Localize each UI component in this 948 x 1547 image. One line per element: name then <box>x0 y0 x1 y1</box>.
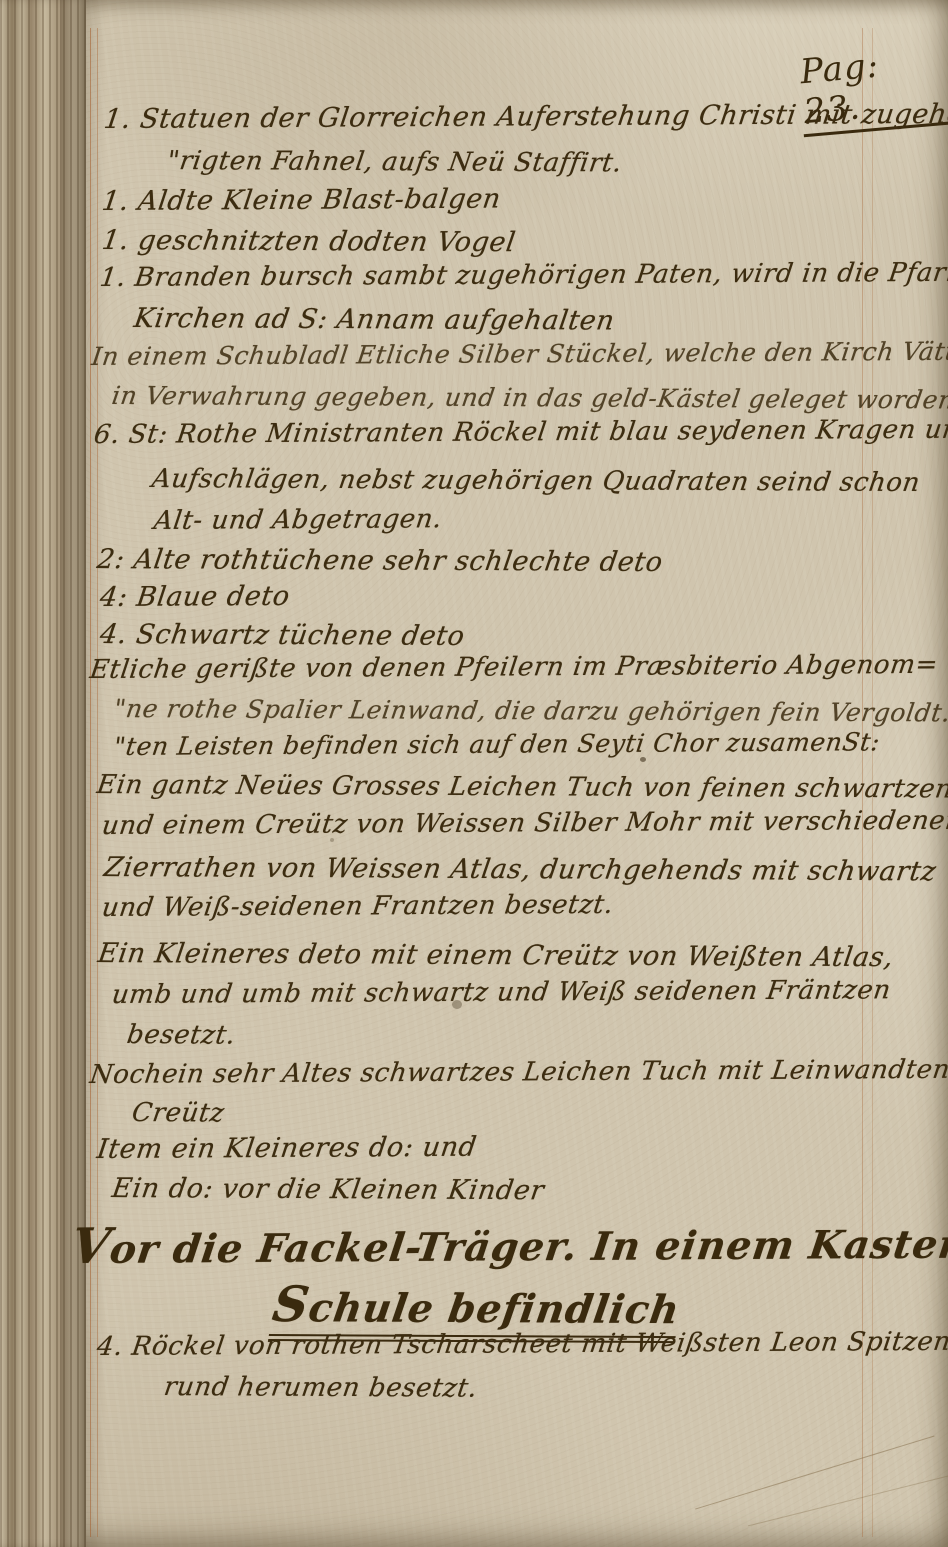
manuscript-line: 1. Aldte Kleine Blast-balgen <box>100 184 503 217</box>
ink-speck <box>330 838 334 842</box>
manuscript-line: Ein gantz Neües Grosses Leichen Tuch von… <box>95 770 948 805</box>
manuscript-line: rund herumen besetzt. <box>162 1372 480 1404</box>
manuscript-line: Nochein sehr Altes schwartzes Leichen Tu… <box>88 1055 948 1090</box>
manuscript-line: 4: Blaue deto <box>98 581 292 613</box>
manuscript-line: und einem Creütz von Weissen Silber Mohr… <box>100 806 948 841</box>
line-text: "ten Leisten befinden sich auf den Seyti… <box>112 728 845 761</box>
manuscript-line: umb und umb mit schwartz und Weiß seiden… <box>110 975 893 1010</box>
ink-speck <box>640 757 646 762</box>
manuscript-line: 1. Branden bursch sambt zugehörigen Pate… <box>98 258 948 293</box>
manuscript-line: 1. Statuen der Glorreichen Auferstehung … <box>102 99 948 135</box>
manuscript-line: Item ein Kleineres do: und <box>95 1132 479 1165</box>
manuscript-line: 1. geschnitzten dodten Vogel <box>100 225 518 258</box>
ink-speck <box>452 1000 462 1009</box>
manuscript-line: Aufschlägen, nebst zugehörigen Quadraten… <box>150 464 922 498</box>
manuscript-line: 4. Röckel von rothen Tscharscheet mit We… <box>95 1326 948 1362</box>
manuscript-line: in Verwahrung gegeben, und in das geld-K… <box>110 381 948 414</box>
section-heading-line1: Vor die Fackel-Träger. In einem Kasten A… <box>68 1211 948 1275</box>
manuscript-line: Creütz <box>130 1098 227 1128</box>
line-right-text: St: <box>841 727 882 756</box>
manuscript-line: "ten Leisten befinden sich auf den Seyti… <box>112 727 879 761</box>
manuscript-line: Etliche gerißte von denen Pfeilern im Pr… <box>88 650 940 685</box>
manuscript-line: 2: Alte rothtüchene sehr schlechte deto <box>95 544 665 578</box>
manuscript-line: und Weiß-seidenen Frantzen besetzt. <box>100 890 615 923</box>
manuscript-page: Pag: 23. 1. Statuen der Glorreichen Aufe… <box>0 0 948 1547</box>
manuscript-line: Kirchen ad S: Annam aufgehalten <box>132 303 617 337</box>
manuscript-line: Ein Kleineres deto mit einem Creütz von … <box>96 938 896 973</box>
manuscript-line: Alt- und Abgetragen. <box>152 504 444 536</box>
manuscript-line: 4. Schwartz tüchene deto <box>98 619 467 652</box>
manuscript-line: Ein do: vor die Kleinen Kinder <box>110 1173 546 1206</box>
left-margin-rule <box>90 28 91 1537</box>
manuscript-line: In einem Schubladl Etliche Silber Stücke… <box>90 336 948 371</box>
manuscript-line: besetzt. <box>125 1020 238 1051</box>
manuscript-line: "ne rothe Spalier Leinwand, die darzu ge… <box>112 694 948 727</box>
manuscript-line: "rigten Fahnel, aufs Neü Staffirt. <box>165 146 624 178</box>
manuscript-line: 6. St: Rothe Ministranten Röckel mit bla… <box>92 414 948 450</box>
manuscript-line: Zierrathen von Weissen Atlas, durchgehen… <box>102 852 938 887</box>
